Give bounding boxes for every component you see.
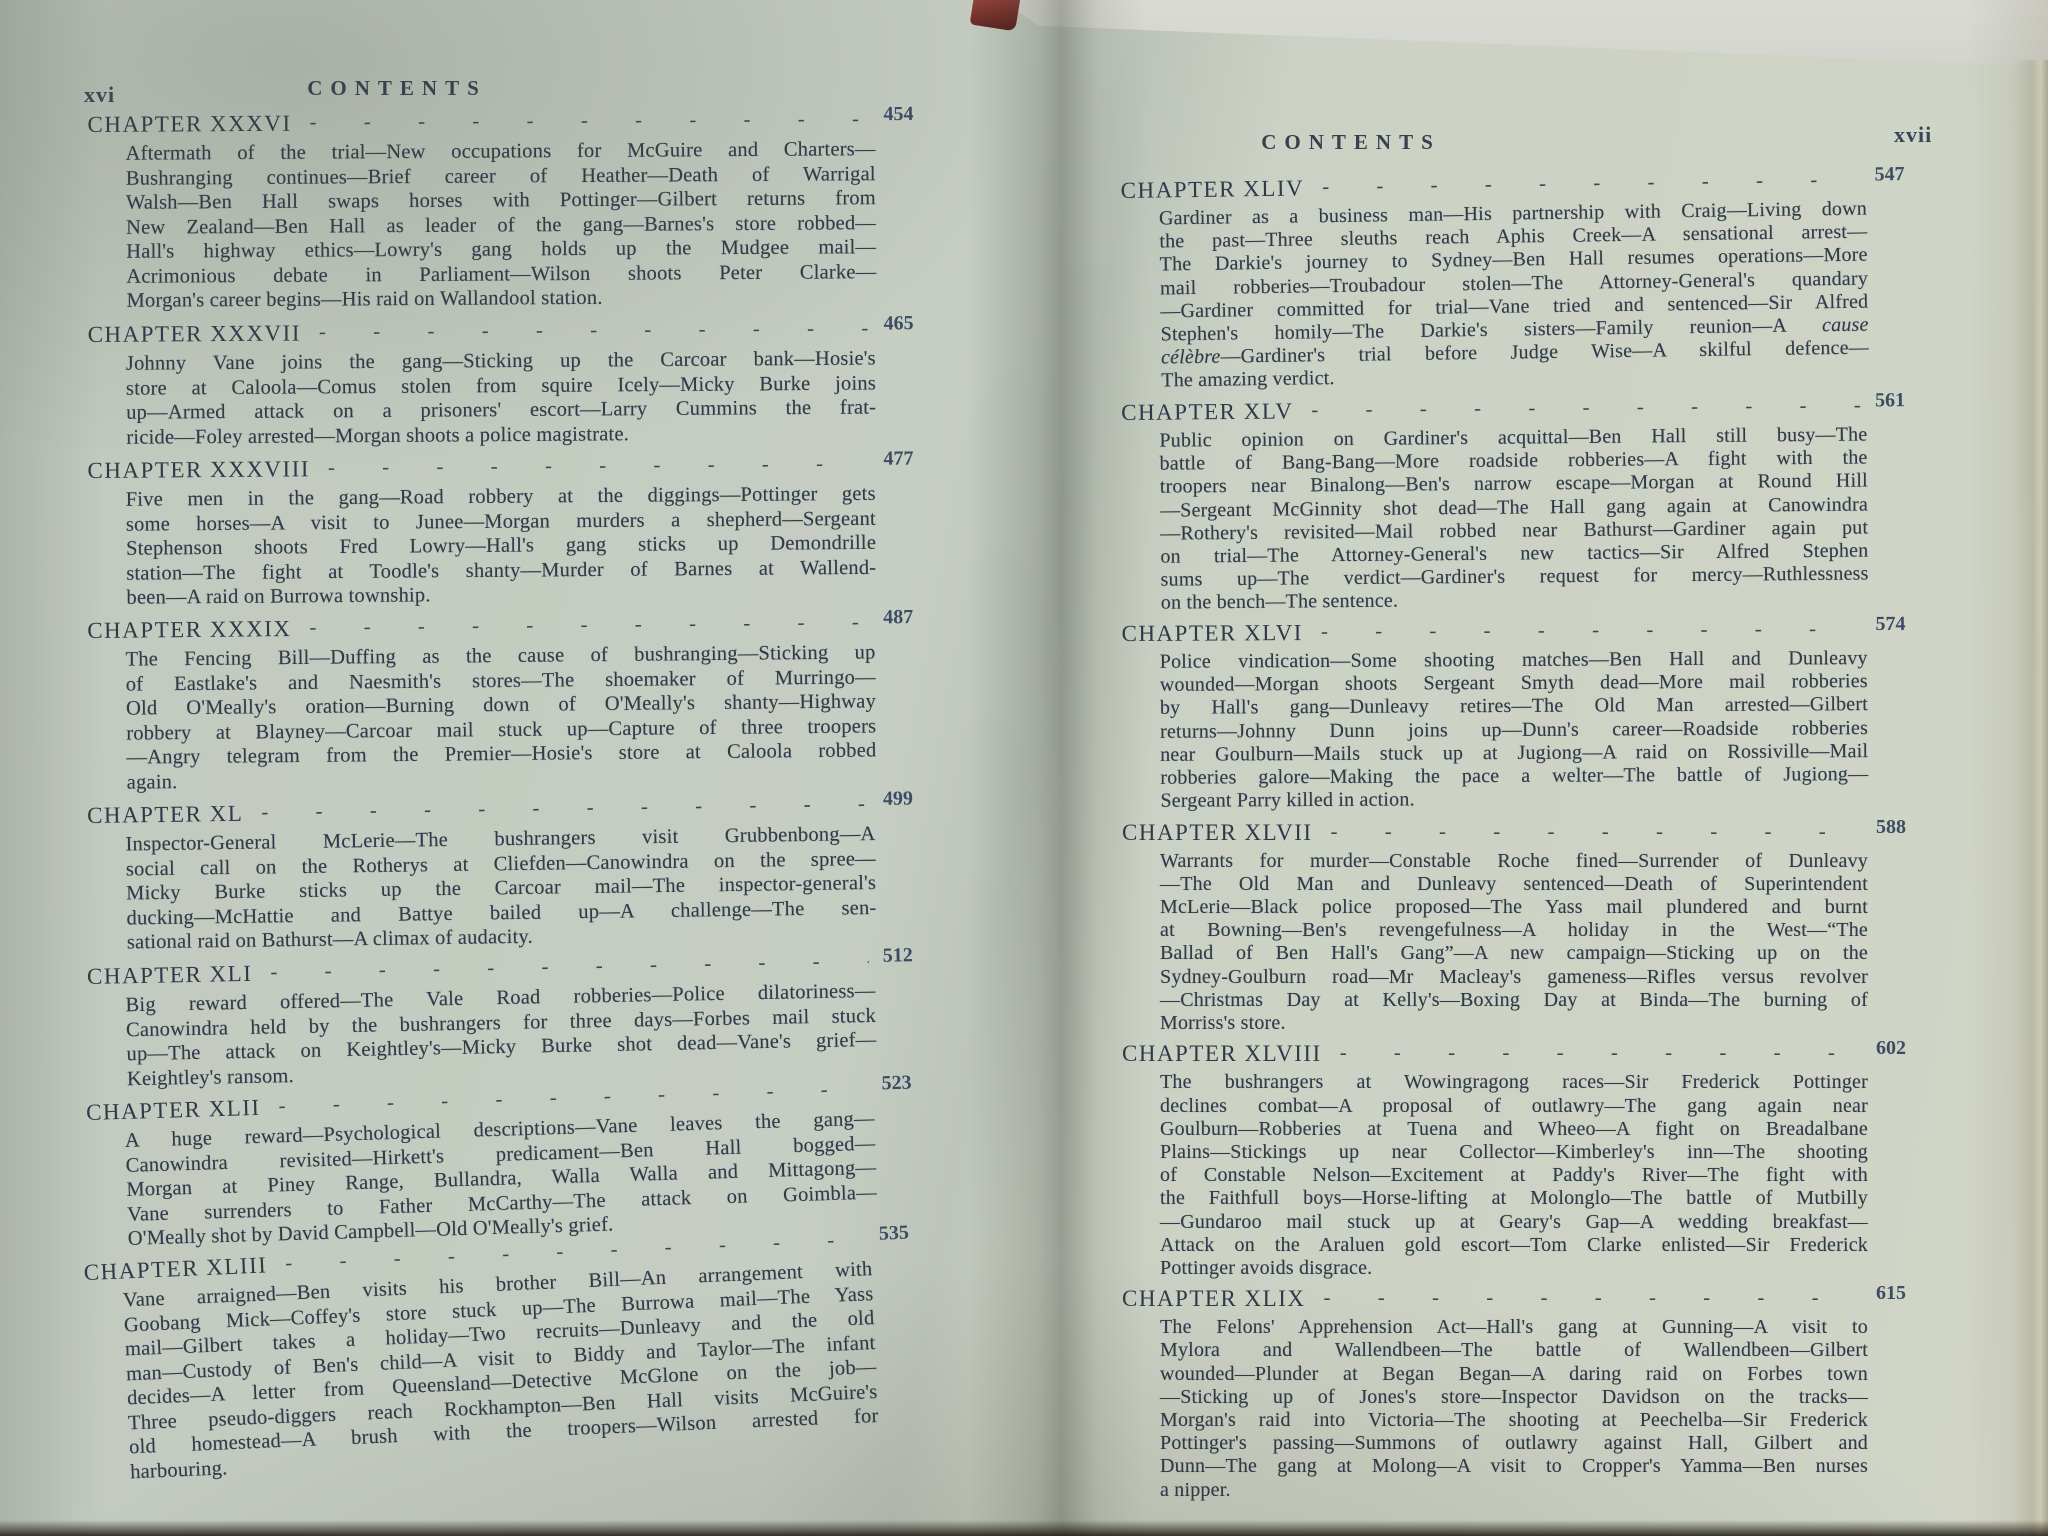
chapter-summary: Aftermath of the trial—New occupations f… xyxy=(126,137,877,313)
dash-leaders: - - - - - - - - - - - - - - xyxy=(1323,1285,1862,1310)
chapter-page-number: 561 xyxy=(1875,389,1931,412)
toc-line: Morgan's career begins—His raid on Walla… xyxy=(126,284,876,313)
toc-line: Acrimonious debate in Parliament—Wilson … xyxy=(126,260,876,289)
chapter-page-number: 512 xyxy=(883,943,939,967)
toc-line: McLerie—Black police proposed—The Yass m… xyxy=(1160,896,1868,919)
chapter-title: CHAPTER XLV xyxy=(1121,398,1293,426)
right-page-contents-column: CHAPTER XLIV- - - - - - - - - - - - - -5… xyxy=(1122,178,1932,1508)
chapter-title: CHAPTER XLVIII xyxy=(1122,1041,1322,1067)
book-bottom-edge-shadow xyxy=(0,1520,2048,1536)
chapter-page-number: 477 xyxy=(883,447,939,470)
chapter-page-number: 535 xyxy=(878,1220,935,1245)
chapter-title: CHAPTER XLVII xyxy=(1122,820,1313,846)
chapter-summary: The Felons' Apprehension Act—Hall's gang… xyxy=(1160,1316,1868,1502)
dash-leaders: - - - - - - - - - - - - - - xyxy=(309,609,869,639)
chapter-entry: CHAPTER XLV- - - - - - - - - - - - - -56… xyxy=(1121,393,1933,616)
toc-line: a nipper. xyxy=(1160,1479,1868,1502)
chapter-title: CHAPTER XXXVII xyxy=(88,320,301,347)
chapter-heading-row: CHAPTER XLVIII- - - - - - - - - - - - - … xyxy=(1122,1041,1932,1071)
dash-leaders: - - - - - - - - - - - - - - xyxy=(1322,167,1861,200)
chapter-page-number: 588 xyxy=(1876,816,1932,839)
chapter-entry: CHAPTER XLVI- - - - - - - - - - - - - -5… xyxy=(1121,617,1932,814)
toc-line: Morgan's raid into Victoria—The shooting… xyxy=(1160,1409,1868,1432)
chapter-summary: Gardiner as a business man—His partnersh… xyxy=(1159,198,1870,393)
chapter-summary: Five men in the gang—Road robbery at the… xyxy=(126,481,877,609)
toc-line: Goulburn—Robberies at Tuena and Wheeo—A … xyxy=(1160,1118,1868,1141)
chapter-summary: The Fencing Bill—Duffing as the cause of… xyxy=(125,640,876,794)
chapter-entry: CHAPTER XXXVIII- - - - - - - - - - - - -… xyxy=(87,451,940,610)
chapter-page-number: 454 xyxy=(883,103,939,126)
chapter-entry: CHAPTER XLIX- - - - - - - - - - - - - -6… xyxy=(1122,1286,1932,1502)
toc-line: Attack on the Araluen gold escort—Tom Cl… xyxy=(1160,1234,1868,1257)
chapter-title: CHAPTER XXXVIII xyxy=(87,456,310,484)
toc-line: declines combat—A proposal of outlawry—T… xyxy=(1160,1095,1868,1118)
toc-line: The bushrangers at Wowingragong races—Si… xyxy=(1160,1071,1868,1094)
chapter-title: CHAPTER XLVI xyxy=(1121,620,1302,647)
chapter-title: CHAPTER XLIV xyxy=(1120,175,1304,204)
chapter-title: CHAPTER XLII xyxy=(86,1094,261,1125)
chapter-title: CHAPTER XLIII xyxy=(83,1252,268,1286)
chapter-page-number: 487 xyxy=(883,606,939,630)
toc-line: —Christmas Day at Kelly's—Boxing Day at … xyxy=(1160,989,1868,1012)
chapter-entry: CHAPTER XXXIX- - - - - - - - - - - - - -… xyxy=(87,610,941,795)
toc-line: wounded—Plunder at Began Began—A daring … xyxy=(1160,1363,1868,1386)
chapter-heading-row: CHAPTER XLVII- - - - - - - - - - - - - -… xyxy=(1122,820,1932,850)
right-folio: xvii xyxy=(1894,122,1932,148)
dash-leaders: - - - - - - - - - - - - - - xyxy=(1331,819,1862,844)
chapter-summary: Police vindication—Some shooting matches… xyxy=(1160,647,1869,813)
page-stack-edge xyxy=(2014,60,2048,1536)
chapter-heading-row: CHAPTER XLIX- - - - - - - - - - - - - -6… xyxy=(1122,1286,1932,1316)
chapter-page-number: 547 xyxy=(1874,163,1930,187)
chapter-title: CHAPTER XLI xyxy=(87,960,253,989)
toc-line: up—Armed attack on a prisoners' escort—L… xyxy=(126,395,876,425)
dash-leaders: - - - - - - - - - - - - - - xyxy=(1321,616,1862,644)
toc-line: Morriss's store. xyxy=(1160,1012,1868,1035)
dash-leaders: - - - - - - - - - - - - - - xyxy=(1311,392,1861,422)
toc-line: ricide—Foley arrested—Morgan shoots a po… xyxy=(126,419,876,449)
chapter-title: CHAPTER XXXVI xyxy=(87,111,291,138)
toc-line: Pottinger's passing—Summons of outlawry … xyxy=(1160,1432,1868,1455)
toc-line: at Bowning—Ben's revengefulness—A holida… xyxy=(1160,919,1868,942)
toc-line: Mylora and Wallendbeen—The battle of Wal… xyxy=(1160,1339,1868,1362)
chapter-title: CHAPTER XL xyxy=(87,801,244,829)
dash-leaders: - - - - - - - - - - - - - - xyxy=(319,315,870,344)
chapter-page-number: 615 xyxy=(1876,1282,1932,1305)
chapter-entry: CHAPTER XL- - - - - - - - - - - - - -499… xyxy=(87,791,941,955)
toc-line: —Sticking up of Jones's store—Inspector … xyxy=(1160,1386,1868,1409)
chapter-entry: CHAPTER XXXVII- - - - - - - - - - - - - … xyxy=(88,316,941,450)
chapter-entry: CHAPTER XXXVI- - - - - - - - - - - - - -… xyxy=(87,107,940,314)
chapter-summary: A huge reward—Psychological descriptions… xyxy=(125,1106,878,1251)
chapter-summary: Vane arraigned—Ben visits his brother Bi… xyxy=(122,1257,880,1484)
left-page-contents-column: CHAPTER XXXVI- - - - - - - - - - - - - -… xyxy=(88,112,940,1494)
book-spine-red-mark xyxy=(970,0,1021,31)
toc-line: —Gundaroo mail stuck up at Geary's Gap—A… xyxy=(1160,1211,1868,1234)
toc-line: Sydney-Goulburn road—Mr Macleay's gamene… xyxy=(1160,966,1868,989)
chapter-entry: CHAPTER XLI- - - - - - - - - - - - - -51… xyxy=(87,947,941,1091)
open-book-photo: xvi CONTENTS CONTENTS xvii CHAPTER XXXVI… xyxy=(0,0,2048,1536)
chapter-summary: Public opinion on Gardiner's acquittal—B… xyxy=(1159,423,1869,615)
left-folio: xvi xyxy=(84,82,115,108)
chapter-title: CHAPTER XXXIX xyxy=(87,616,291,644)
chapter-heading-row: CHAPTER XLVI- - - - - - - - - - - - - -5… xyxy=(1121,617,1931,651)
chapter-page-number: 523 xyxy=(881,1070,938,1095)
chapter-summary: Big reward offered—The Vale Road robberi… xyxy=(125,978,877,1090)
toc-line: been—A raid on Burrowa township. xyxy=(126,579,876,609)
chapter-entry: CHAPTER XLVIII- - - - - - - - - - - - - … xyxy=(1122,1041,1932,1280)
toc-line: Pottinger avoids disgrace. xyxy=(1160,1257,1868,1280)
chapter-summary: The bushrangers at Wowingragong races—Si… xyxy=(1160,1071,1868,1280)
toc-line: Plains—Stickings up near Collector—Kimbe… xyxy=(1160,1141,1868,1164)
dash-leaders: - - - - - - - - - - - - - - xyxy=(270,947,869,983)
left-running-head: CONTENTS xyxy=(242,76,552,101)
dash-leaders: - - - - - - - - - - - - - - xyxy=(328,450,870,479)
toc-line: the Faithfull boys—Horse-lifting at Molo… xyxy=(1160,1187,1868,1210)
toc-line: —The Old Man and Dunleavy sentenced—Deat… xyxy=(1160,873,1868,896)
chapter-summary: Inspector-General McLerie—The bushranger… xyxy=(125,822,877,955)
chapter-page-number: 465 xyxy=(884,312,940,335)
dash-leaders: - - - - - - - - - - - - - - xyxy=(1340,1040,1862,1065)
chapter-title: CHAPTER XLIX xyxy=(1122,1286,1305,1312)
chapter-entry: CHAPTER XLIII- - - - - - - - - - - - - -… xyxy=(83,1224,944,1485)
background-above-pages xyxy=(1002,0,2048,92)
toc-line: Warrants for murder—Constable Roche fine… xyxy=(1160,850,1868,873)
chapter-page-number: 499 xyxy=(883,787,939,811)
toc-line: by Hall's gang—Dunleavy retires—The Old … xyxy=(1160,694,1868,721)
chapter-entry: CHAPTER XLVII- - - - - - - - - - - - - -… xyxy=(1122,820,1932,1036)
toc-line: robberies galore—Making the pace a welte… xyxy=(1160,763,1868,790)
chapter-summary: Warrants for murder—Constable Roche fine… xyxy=(1160,850,1868,1036)
chapter-entry: CHAPTER XLIV- - - - - - - - - - - - - -5… xyxy=(1120,167,1933,394)
chapter-page-number: 574 xyxy=(1875,613,1931,636)
dash-leaders: - - - - - - - - - - - - - - xyxy=(261,791,869,824)
dash-leaders: - - - - - - - - - - - - - - xyxy=(310,106,870,134)
toc-line: of Constable Nelson—Excitement at Paddy'… xyxy=(1160,1164,1868,1187)
toc-line: Dunn—The gang at Molong—A visit to Cropp… xyxy=(1160,1455,1868,1478)
right-running-head: CONTENTS xyxy=(1196,130,1506,155)
chapter-summary: Johnny Vane joins the gang—Sticking up t… xyxy=(126,346,877,449)
chapter-entry: CHAPTER XLII- - - - - - - - - - - - - -5… xyxy=(86,1074,942,1252)
toc-line: Ballad of Ben Hall's Gang”—A new campaig… xyxy=(1160,942,1868,965)
toc-line: The Felons' Apprehension Act—Hall's gang… xyxy=(1160,1316,1868,1339)
toc-line: Sergeant Parry killed in action. xyxy=(1160,787,1868,814)
chapter-page-number: 602 xyxy=(1876,1037,1932,1060)
